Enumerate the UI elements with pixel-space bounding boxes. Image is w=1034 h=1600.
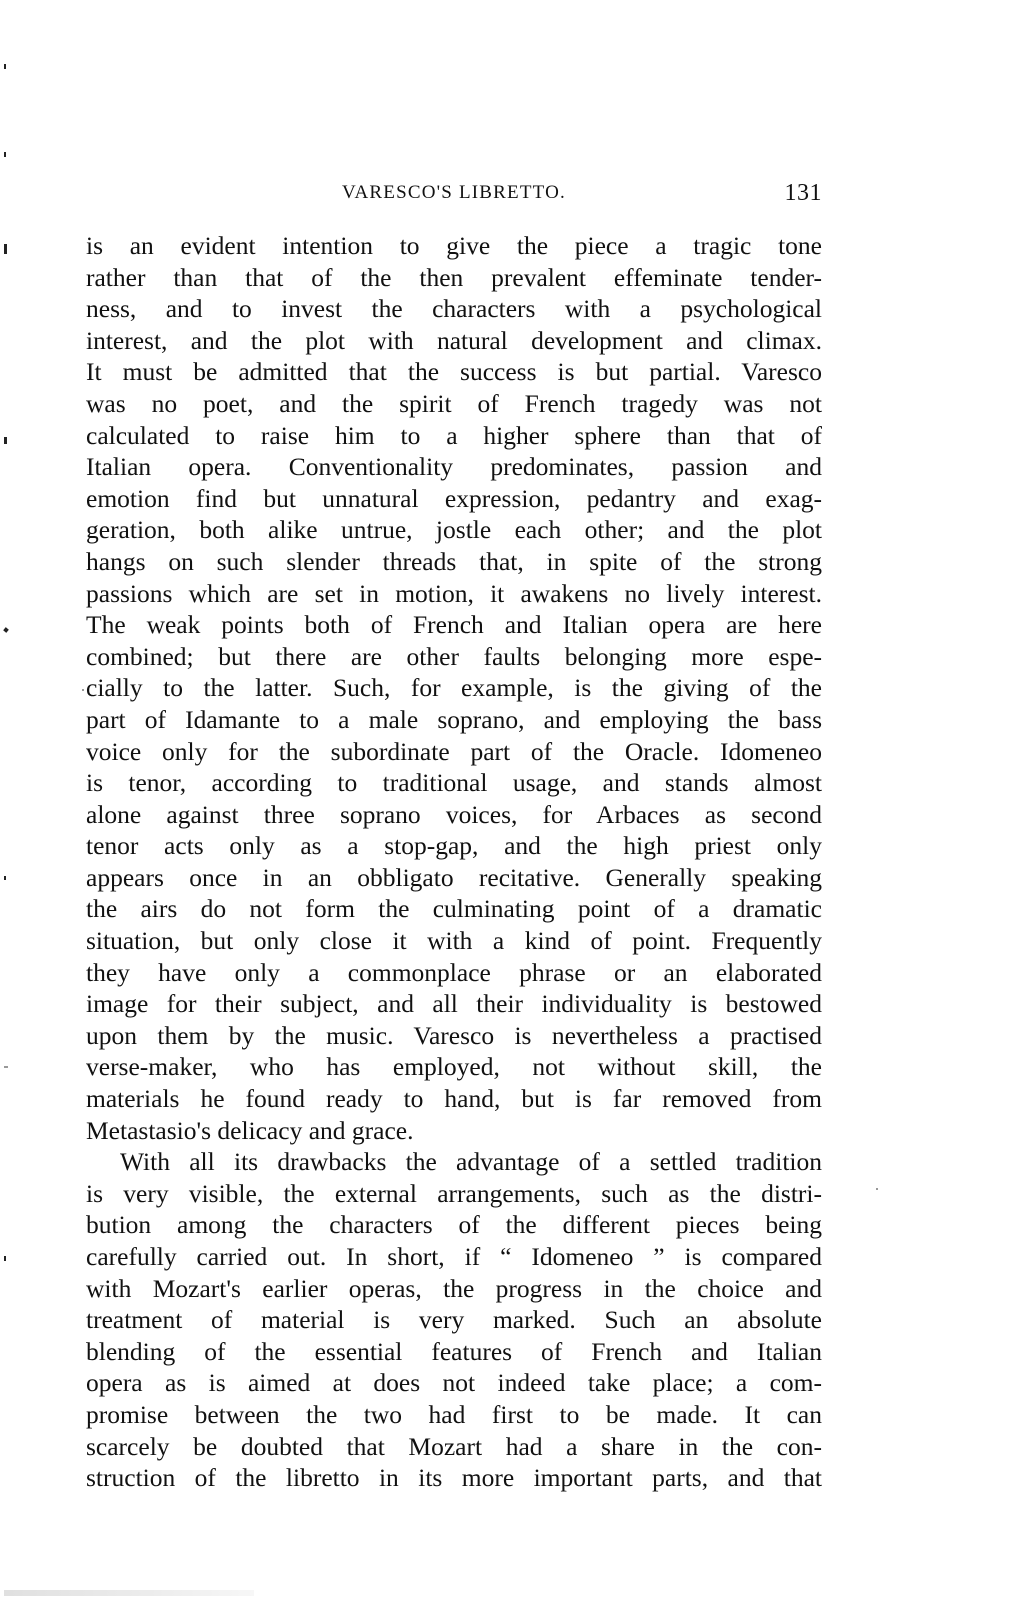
text-line: It must be admitted that the success is … [86, 356, 822, 388]
text-line: with Mozart's earlier operas, the progre… [86, 1273, 822, 1305]
text-line: scarcely be doubted that Mozart had a sh… [86, 1431, 822, 1463]
text-line: they have only a commonplace phrase or a… [86, 957, 822, 989]
text-line: alone against three soprano voices, for … [86, 799, 822, 831]
text-line: ness, and to invest the characters with … [86, 293, 822, 325]
text-line: blending of the essential features of Fr… [86, 1336, 822, 1368]
text-line: cially to the latter. Such, for example,… [86, 672, 822, 704]
scan-margin-mark [4, 1256, 6, 1261]
text-line: treatment of material is very marked. Su… [86, 1304, 822, 1336]
text-line: the airs do not form the culminating poi… [86, 893, 822, 925]
paragraph-1: is an evident intention to give the piec… [86, 230, 822, 1146]
page-number: 131 [785, 180, 823, 207]
text-line: materials he found ready to hand, but is… [86, 1083, 822, 1115]
body-text: is an evident intention to give the piec… [86, 230, 822, 1494]
text-line: upon them by the music. Varesco is never… [86, 1020, 822, 1052]
scan-margin-mark [3, 627, 9, 633]
scan-speck [82, 689, 84, 691]
text-line: image for their subject, and all their i… [86, 988, 822, 1020]
text-line: Metastasio's delicacy and grace. [86, 1115, 822, 1147]
text-line: bution among the characters of the diffe… [86, 1209, 822, 1241]
book-page: VARESCO'S LIBRETTO. 131 is an evident in… [0, 0, 1034, 1600]
scan-margin-mark [4, 876, 6, 880]
text-line: appears once in an obbligato recitative.… [86, 862, 822, 894]
text-line: geration, both alike untrue, jostle each… [86, 514, 822, 546]
text-line: combined; but there are other faults bel… [86, 641, 822, 673]
scan-speck [876, 1188, 878, 1190]
paragraph-2: With all its drawbacks the advantage of … [86, 1146, 822, 1494]
text-line: carefully carried out. In short, if “ Id… [86, 1241, 822, 1273]
text-line: situation, but only close it with a kind… [86, 925, 822, 957]
scan-margin-mark [4, 64, 6, 69]
scan-margin-mark [4, 244, 7, 254]
text-line: verse-maker, who has employed, not witho… [86, 1051, 822, 1083]
text-line: is tenor, according to traditional usage… [86, 767, 822, 799]
scan-margin-mark [4, 437, 7, 444]
text-line: calculated to raise him to a higher sphe… [86, 420, 822, 452]
scan-margin-mark [4, 1066, 8, 1068]
scan-margin-mark [4, 152, 6, 157]
text-line: Italian opera. Conventionality predomina… [86, 451, 822, 483]
text-line: struction of the libretto in its more im… [86, 1462, 822, 1494]
scan-artifact-strip [4, 1590, 254, 1596]
text-line: promise between the two had first to be … [86, 1399, 822, 1431]
text-line: rather than that of the then prevalent e… [86, 262, 822, 294]
text-line: is an evident intention to give the piec… [86, 230, 822, 262]
text-line: part of Idamante to a male soprano, and … [86, 704, 822, 736]
text-line: passions which are set in motion, it awa… [86, 578, 822, 610]
text-line: voice only for the subordinate part of t… [86, 736, 822, 768]
text-line: interest, and the plot with natural deve… [86, 325, 822, 357]
text-line: hangs on such slender threads that, in s… [86, 546, 822, 578]
text-line: was no poet, and the spirit of French tr… [86, 388, 822, 420]
text-line: emotion find but unnatural expression, p… [86, 483, 822, 515]
text-line: The weak points both of French and Itali… [86, 609, 822, 641]
running-title: VARESCO'S LIBRETTO. [86, 182, 822, 204]
text-line: tenor acts only as a stop-gap, and the h… [86, 830, 822, 862]
text-line: opera as is aimed at does not indeed tak… [86, 1367, 822, 1399]
text-line: With all its drawbacks the advantage of … [86, 1146, 822, 1178]
running-head: VARESCO'S LIBRETTO. 131 [86, 180, 822, 210]
text-line: is very visible, the external arrangemen… [86, 1178, 822, 1210]
